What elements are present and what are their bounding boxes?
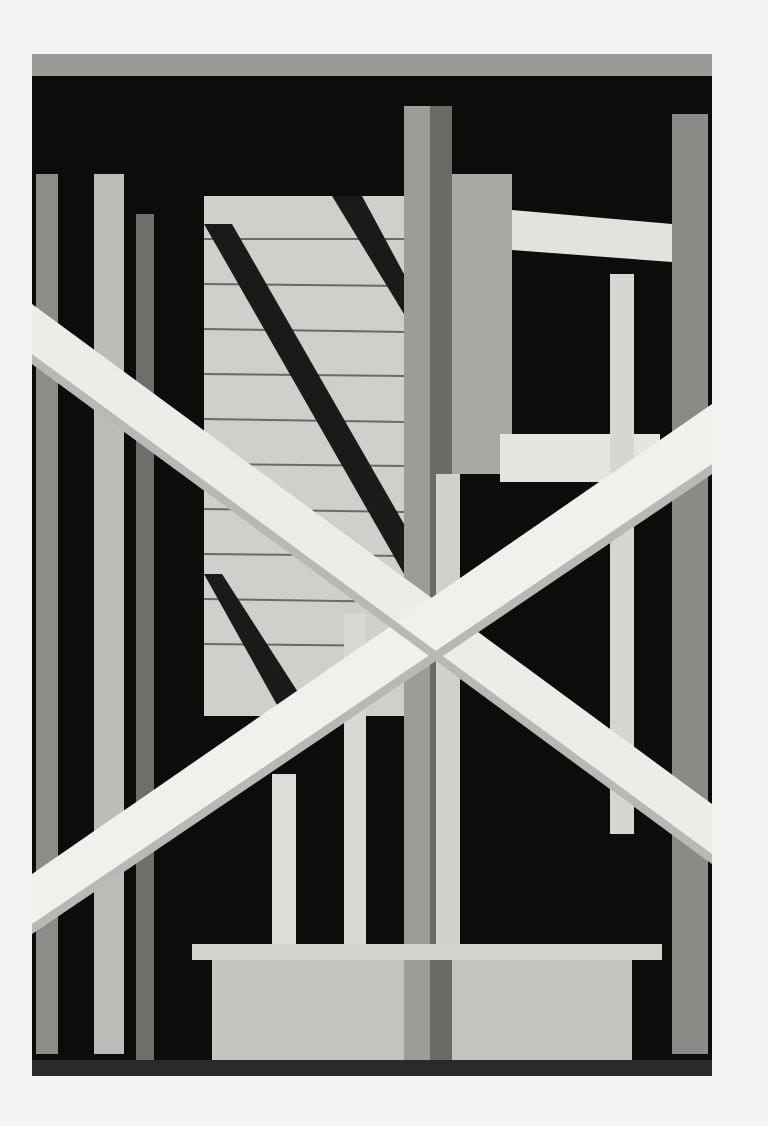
bottom-rail [32, 1060, 712, 1076]
photo-scene [32, 54, 712, 1076]
right-post [672, 114, 708, 1054]
left-post-3 [136, 214, 154, 1074]
left-post-2 [94, 174, 124, 1054]
inner-post-c [436, 474, 460, 944]
photograph [32, 54, 712, 1076]
top-lintel [32, 54, 712, 76]
inner-post-b [272, 774, 296, 954]
right-brick-column [452, 174, 512, 474]
right-shelf-board [512, 210, 672, 262]
floor-ledge [192, 944, 662, 960]
